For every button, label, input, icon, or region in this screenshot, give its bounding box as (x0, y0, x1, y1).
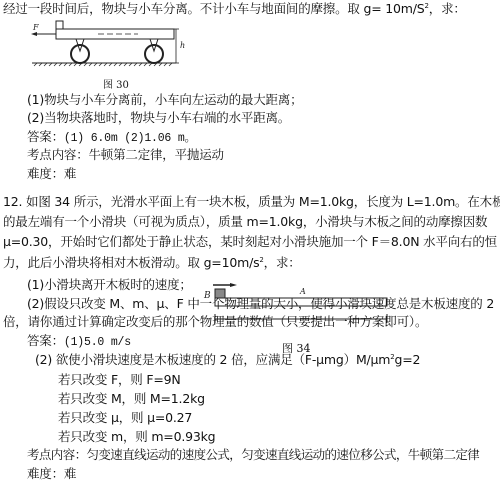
figure-30-cart-diagram: F h (28, 18, 188, 78)
problem11-answer: 答案：(1) 6.0m (2)1.06 m。 (27, 129, 196, 147)
intro-text: 经过一段时间后，物块与小车分离。不计小车与地面间的摩擦。取 g= 10m/S (3, 1, 425, 16)
answer-label: 答案： (27, 333, 64, 348)
problem11-question-2: (2)当物块落地时，物块与小车右端的水平距离。 (27, 110, 290, 126)
problem12-text-line-3: μ=0.30，开始时它们都处于静止状态，某时刻起对小滑块施加一个 F＝8.0N … (3, 234, 497, 250)
text-line: 力，此后小滑块将相对木板滑动。取 g=10m/s (3, 255, 259, 270)
block-label: B (203, 291, 211, 301)
problem12-answer-1: 答案：(1)5.0 m/s (27, 333, 131, 351)
intro-tail: ，求： (429, 1, 466, 16)
figure-34-board-diagram: B A (195, 281, 395, 331)
figure-30-caption: 图 30 (103, 76, 129, 91)
problem12-case-1: 若只改变 F，则 F=9N (58, 372, 181, 388)
problem12-case-4: 若只改变 m，则 m=0.93kg (58, 429, 215, 445)
answer-2-text: (2) 欲使小滑块速度是木板速度的 2 倍，应满足（F-μmg）M/μm (35, 352, 390, 367)
problem12-text-line-4: 力，此后小滑块将相对木板滑动。取 g=10m/s2，求： (3, 255, 301, 271)
problem11-intro: 经过一段时间后，物块与小车分离。不计小车与地面间的摩擦。取 g= 10m/S2，… (3, 1, 466, 17)
height-label: h (180, 41, 185, 50)
problem11-topic: 考点内容：牛顿第二定律，平抛运动 (27, 147, 224, 163)
problem12-text-line-1: 12. 如图 34 所示，光滑水平面上有一块木板，质量为 M=1.0kg，长度为… (3, 194, 500, 210)
text-tail: ，求： (264, 255, 301, 270)
problem12-question-1: (1)小滑块离开木板时的速度； (27, 277, 192, 293)
force-label: F (32, 23, 39, 32)
problem11-difficulty: 难度：难 (27, 166, 76, 182)
answer-label: 答案： (27, 129, 64, 144)
problem12-difficulty: 难度：难 (27, 466, 76, 482)
problem12-case-3: 若只改变 μ，则 μ=0.27 (58, 410, 192, 426)
problem12-topic: 考点内容：匀变速直线运动的速度公式，匀变速直线运动的速位移公式，牛顿第二定律 (27, 447, 479, 463)
problem12-case-2: 若只改变 M，则 M=1.2kg (58, 391, 205, 407)
answer-2-suffix: g=2 (395, 352, 421, 367)
answer-value: (1)5.0 m/s (64, 336, 131, 349)
problem11-question-1: (1)物块与小车分离前，小车向左运动的最大距离； (27, 92, 302, 108)
answer-value: (1) 6.0m (2)1.06 m。 (64, 132, 196, 145)
board-label: A (299, 287, 306, 296)
problem12-answer-2: (2) 欲使小滑块速度是木板速度的 2 倍，应满足（F-μmg）M/μm2g=2 (35, 352, 420, 368)
problem12-text-line-2: 的最左端有一个小滑块（可视为质点），质量 m=1.0kg，小滑块与木板之间的动摩… (3, 214, 487, 230)
